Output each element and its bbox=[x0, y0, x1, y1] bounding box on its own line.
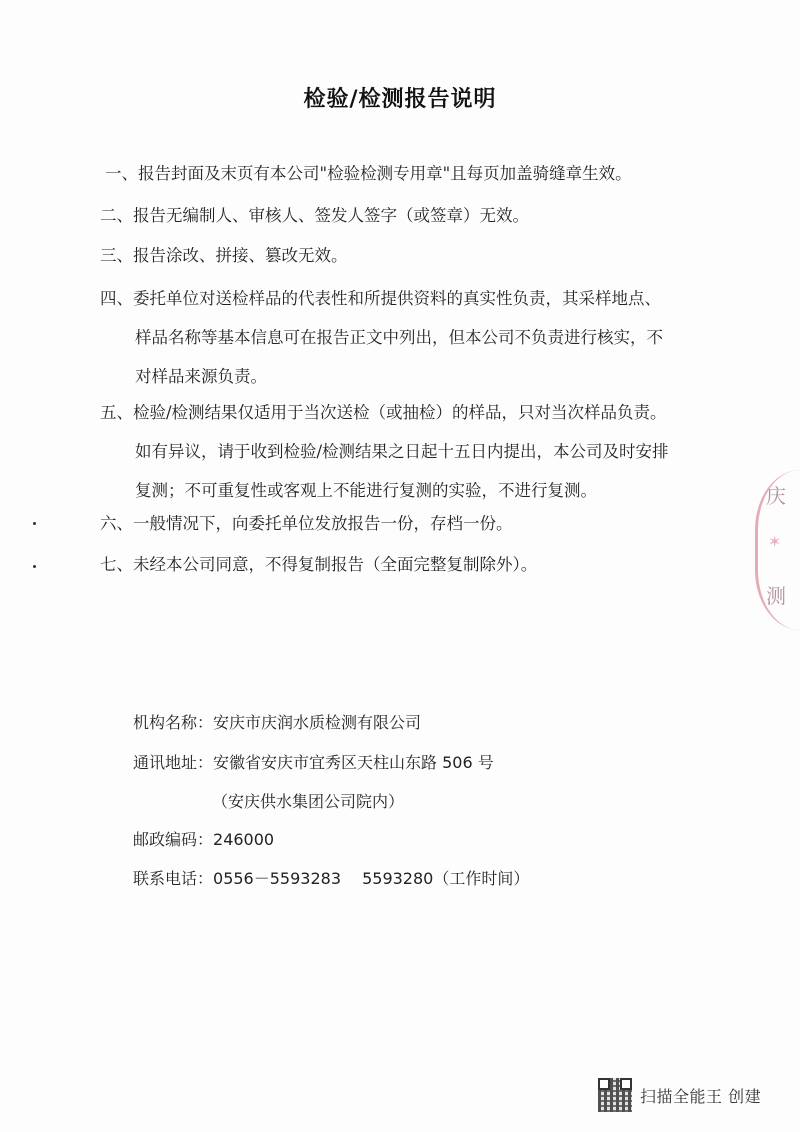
clause-2: 二、报告无编制人、审核人、签发人签字（或签章）无效。 bbox=[100, 205, 740, 227]
seal-char: 庆 bbox=[766, 480, 786, 509]
seal-stamp-fragment: 庆 ✶ 测 bbox=[755, 470, 800, 630]
address-value: 安徽省安庆市宜秀区天柱山东路 506 号 bbox=[213, 753, 494, 772]
page-title: 检验/检测报告说明 bbox=[0, 82, 800, 113]
clause-5: 五、检验/检测结果仅适用于当次送检（或抽检）的样品，只对当次样品负责。 如有异议… bbox=[100, 402, 740, 502]
seal-star-icon: ✶ bbox=[768, 532, 781, 551]
clause-line: 四、委托单位对送检样品的代表性和所提供资料的真实性负责，其采样地点、 bbox=[100, 288, 740, 310]
org-name-label: 机构名称： bbox=[133, 710, 213, 733]
phone-label: 联系电话： bbox=[133, 866, 213, 889]
phone-value: 0556－5593283 5593280（工作时间） bbox=[213, 869, 529, 888]
clause-line: 复测；不可重复性或客观上不能进行复测的实验，不进行复测。 bbox=[100, 480, 740, 502]
phone-row: 联系电话：0556－5593283 5593280（工作时间） bbox=[133, 866, 529, 889]
clause-line: 七、未经本公司同意，不得复制报告（全面完整复制除外）。 bbox=[100, 554, 740, 576]
clause-line: 三、报告涂改、拼接、篡改无效。 bbox=[100, 245, 740, 267]
clause-3: 三、报告涂改、拼接、篡改无效。 bbox=[100, 245, 740, 267]
clause-line: 六、一般情况下，向委托单位发放报告一份，存档一份。 bbox=[100, 513, 740, 535]
scanner-watermark: 扫描全能王 创建 bbox=[598, 1078, 761, 1112]
watermark-text: 扫描全能王 创建 bbox=[640, 1084, 761, 1107]
clause-6: 六、一般情况下，向委托单位发放报告一份，存档一份。 bbox=[100, 513, 740, 535]
postal-code-value: 246000 bbox=[213, 830, 274, 849]
clause-line: 一、报告封面及末页有本公司"检验检测专用章"且每页加盖骑缝章生效。 bbox=[105, 163, 740, 185]
clause-line: 样品名称等基本信息可在报告正文中列出，但本公司不负责进行核实，不 bbox=[100, 327, 740, 349]
seal-char: 测 bbox=[766, 580, 786, 609]
clause-4: 四、委托单位对送检样品的代表性和所提供资料的真实性负责，其采样地点、 样品名称等… bbox=[100, 288, 740, 388]
clause-line: 五、检验/检测结果仅适用于当次送检（或抽检）的样品，只对当次样品负责。 bbox=[100, 402, 740, 424]
bullet-mark bbox=[33, 522, 36, 525]
clause-line: 二、报告无编制人、审核人、签发人签字（或签章）无效。 bbox=[100, 205, 740, 227]
org-name-row: 机构名称：安庆市庆润水质检测有限公司 bbox=[133, 710, 421, 733]
org-name-value: 安庆市庆润水质检测有限公司 bbox=[213, 713, 421, 732]
postal-code-label: 邮政编码： bbox=[133, 827, 213, 850]
address-note: （安庆供水集团公司院内） bbox=[212, 789, 404, 812]
address-label: 通讯地址： bbox=[133, 750, 213, 773]
address-row: 通讯地址：安徽省安庆市宜秀区天柱山东路 506 号 bbox=[133, 750, 494, 773]
postal-code-row: 邮政编码：246000 bbox=[133, 827, 274, 850]
bullet-mark bbox=[33, 565, 36, 568]
clause-line: 对样品来源负责。 bbox=[100, 366, 740, 388]
clause-line: 如有异议，请于收到检验/检测结果之日起十五日内提出，本公司及时安排 bbox=[100, 441, 740, 463]
qr-code-icon bbox=[598, 1078, 632, 1112]
clause-1: 一、报告封面及末页有本公司"检验检测专用章"且每页加盖骑缝章生效。 bbox=[100, 163, 740, 185]
clause-7: 七、未经本公司同意，不得复制报告（全面完整复制除外）。 bbox=[100, 554, 740, 576]
